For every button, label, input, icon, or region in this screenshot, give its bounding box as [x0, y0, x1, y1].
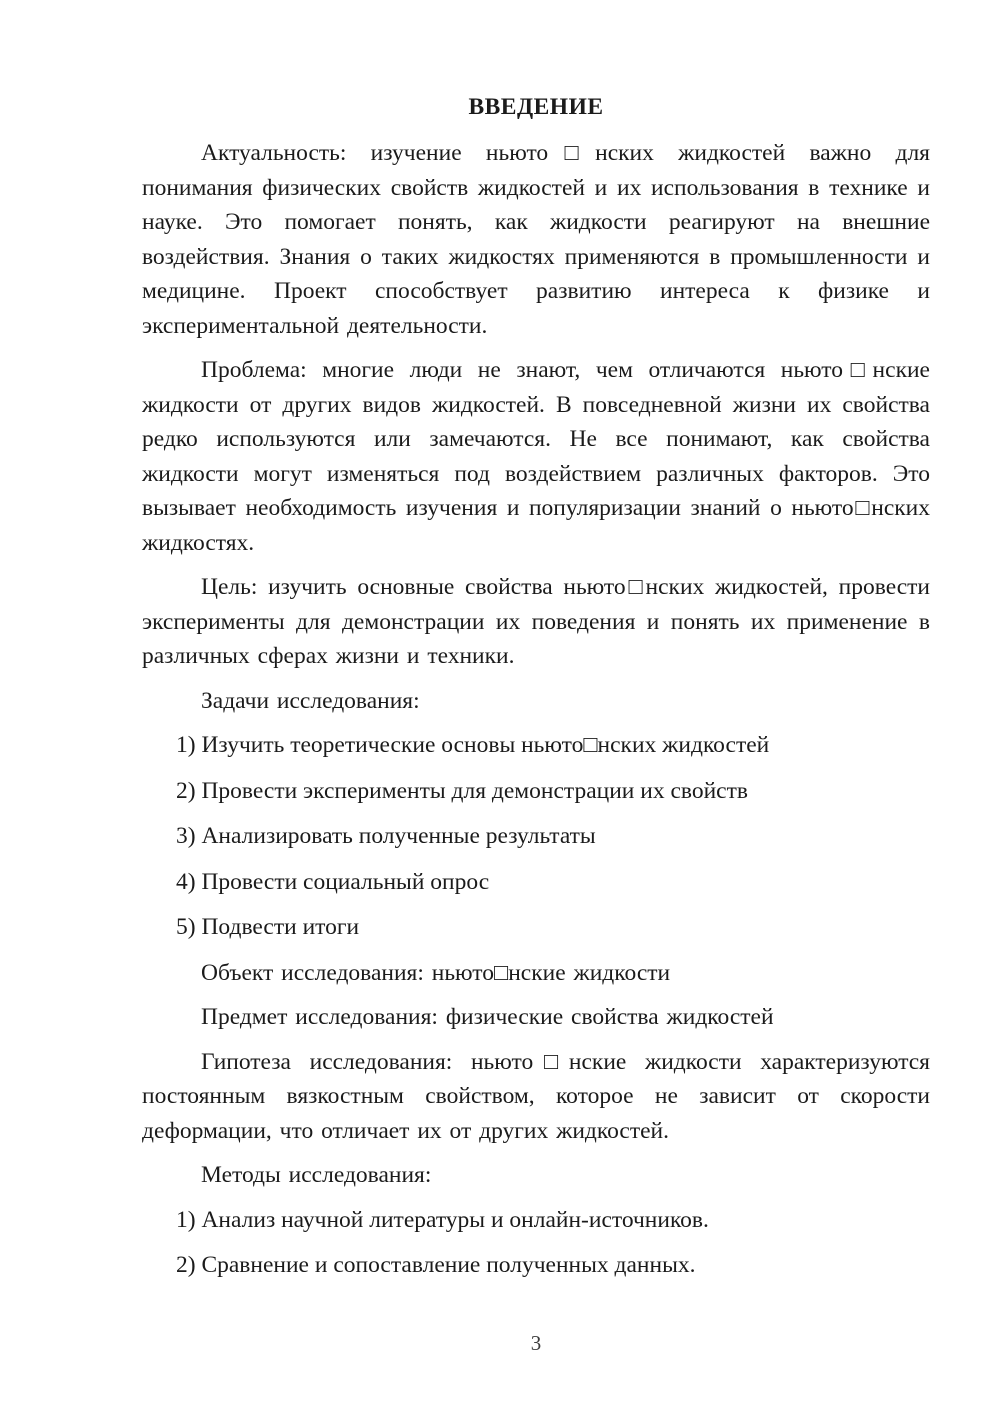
list-item: 4) Провести социальный опрос	[142, 865, 930, 900]
paragraph-tasks-heading: Задачи исследования:	[142, 684, 930, 719]
paragraph-hypothesis: Гипотеза исследования: ньюто□нские жидко…	[142, 1045, 930, 1149]
section-title: ВВЕДЕНИЕ	[142, 90, 930, 125]
paragraph-subject: Предмет исследования: физические свойств…	[142, 1000, 930, 1035]
document-page: ВВЕДЕНИЕ Актуальность: изучение ньюто□нс…	[0, 0, 1000, 1414]
paragraph-methods-heading: Методы исследования:	[142, 1158, 930, 1193]
list-item: 1) Изучить теоретические основы ньюто□нс…	[142, 728, 930, 763]
list-item: 2) Сравнение и сопоставление полученных …	[142, 1248, 930, 1283]
list-item: 5) Подвести итоги	[142, 910, 930, 945]
document-content: ВВЕДЕНИЕ Актуальность: изучение ньюто□нс…	[142, 90, 930, 1294]
paragraph-goal: Цель: изучить основные свойства ньюто□нс…	[142, 570, 930, 674]
list-item: 3) Анализировать полученные результаты	[142, 819, 930, 854]
paragraph-problem: Проблема: многие люди не знают, чем отли…	[142, 353, 930, 560]
paragraph-relevance: Актуальность: изучение ньюто□нских жидко…	[142, 136, 930, 343]
list-item: 1) Анализ научной литературы и онлайн-ис…	[142, 1203, 930, 1238]
page-number: 3	[142, 1328, 930, 1358]
list-item: 2) Провести эксперименты для демонстраци…	[142, 774, 930, 809]
paragraph-object: Объект исследования: ньюто□нские жидкост…	[142, 956, 930, 991]
